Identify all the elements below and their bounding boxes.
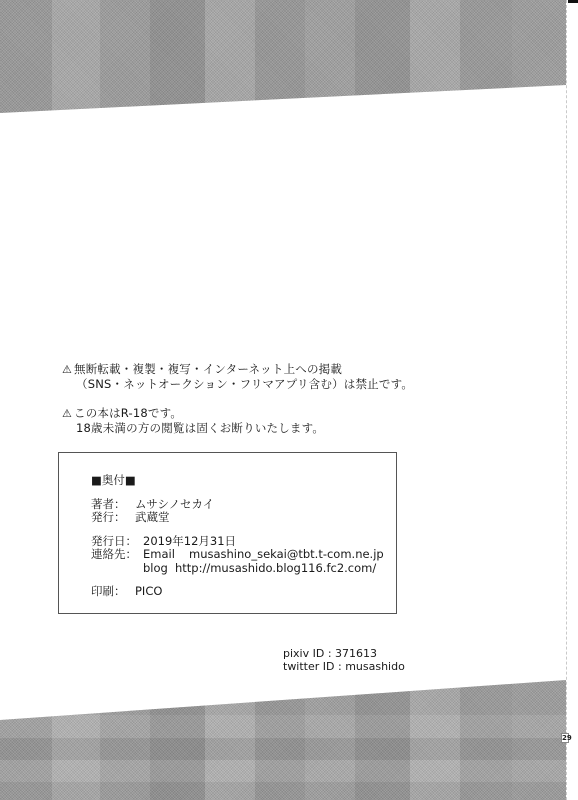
- age-rating-notice: ⚠この本はR-18です。 18歳未満の方の閲覧は固くお断りいたします。: [62, 406, 324, 435]
- page-edge: [566, 0, 578, 800]
- crop-mark: [568, 0, 578, 3]
- publisher-label: 発行：: [91, 511, 135, 525]
- colophon-title: ■奥付■: [91, 474, 384, 488]
- printer-label: 印刷：: [91, 585, 135, 599]
- warning-triangle-icon: ⚠: [62, 407, 74, 421]
- blog-label: blog: [143, 562, 175, 576]
- social-ids: pixiv ID : 371613 twitter ID : musashido: [283, 647, 405, 673]
- printer-value: PICO: [135, 585, 162, 599]
- notice-line: 無断転載・複製・複写・インターネット上への掲載: [74, 362, 342, 376]
- author-label: 著者：: [91, 498, 135, 512]
- copyright-notice: ⚠無断転載・複製・複写・インターネット上への掲載 （SNS・ネットオークション・…: [62, 362, 413, 391]
- top-halftone-band: [0, 0, 566, 800]
- notice-line: 18歳未満の方の閲覧は固くお断りいたします。: [62, 421, 324, 435]
- colophon-box: ■奥付■ 著者：ムサシノセカイ 発行：武蔵堂 発行日：2019年12月31日 連…: [58, 452, 397, 614]
- email-label: Email: [143, 548, 189, 562]
- notice-line: この本はR-18です。: [74, 406, 182, 420]
- bottom-halftone-band: [0, 0, 566, 800]
- warning-triangle-icon: ⚠: [62, 363, 74, 377]
- publisher-value: 武蔵堂: [135, 511, 170, 525]
- date-label: 発行日：: [91, 535, 143, 549]
- page-number: 29: [561, 733, 569, 743]
- notice-line: （SNS・ネットオークション・フリマアプリ含む）は禁止です。: [62, 377, 413, 391]
- pixiv-id: pixiv ID : 371613: [283, 647, 405, 660]
- author-value: ムサシノセカイ: [135, 498, 214, 512]
- contact-label: 連絡先：: [91, 548, 143, 562]
- email-value[interactable]: musashino_sekai@tbt.t-com.ne.jp: [189, 548, 384, 562]
- blog-url[interactable]: http://musashido.blog116.fc2.com/: [175, 562, 376, 576]
- date-value: 2019年12月31日: [143, 535, 236, 549]
- twitter-id: twitter ID : musashido: [283, 660, 405, 673]
